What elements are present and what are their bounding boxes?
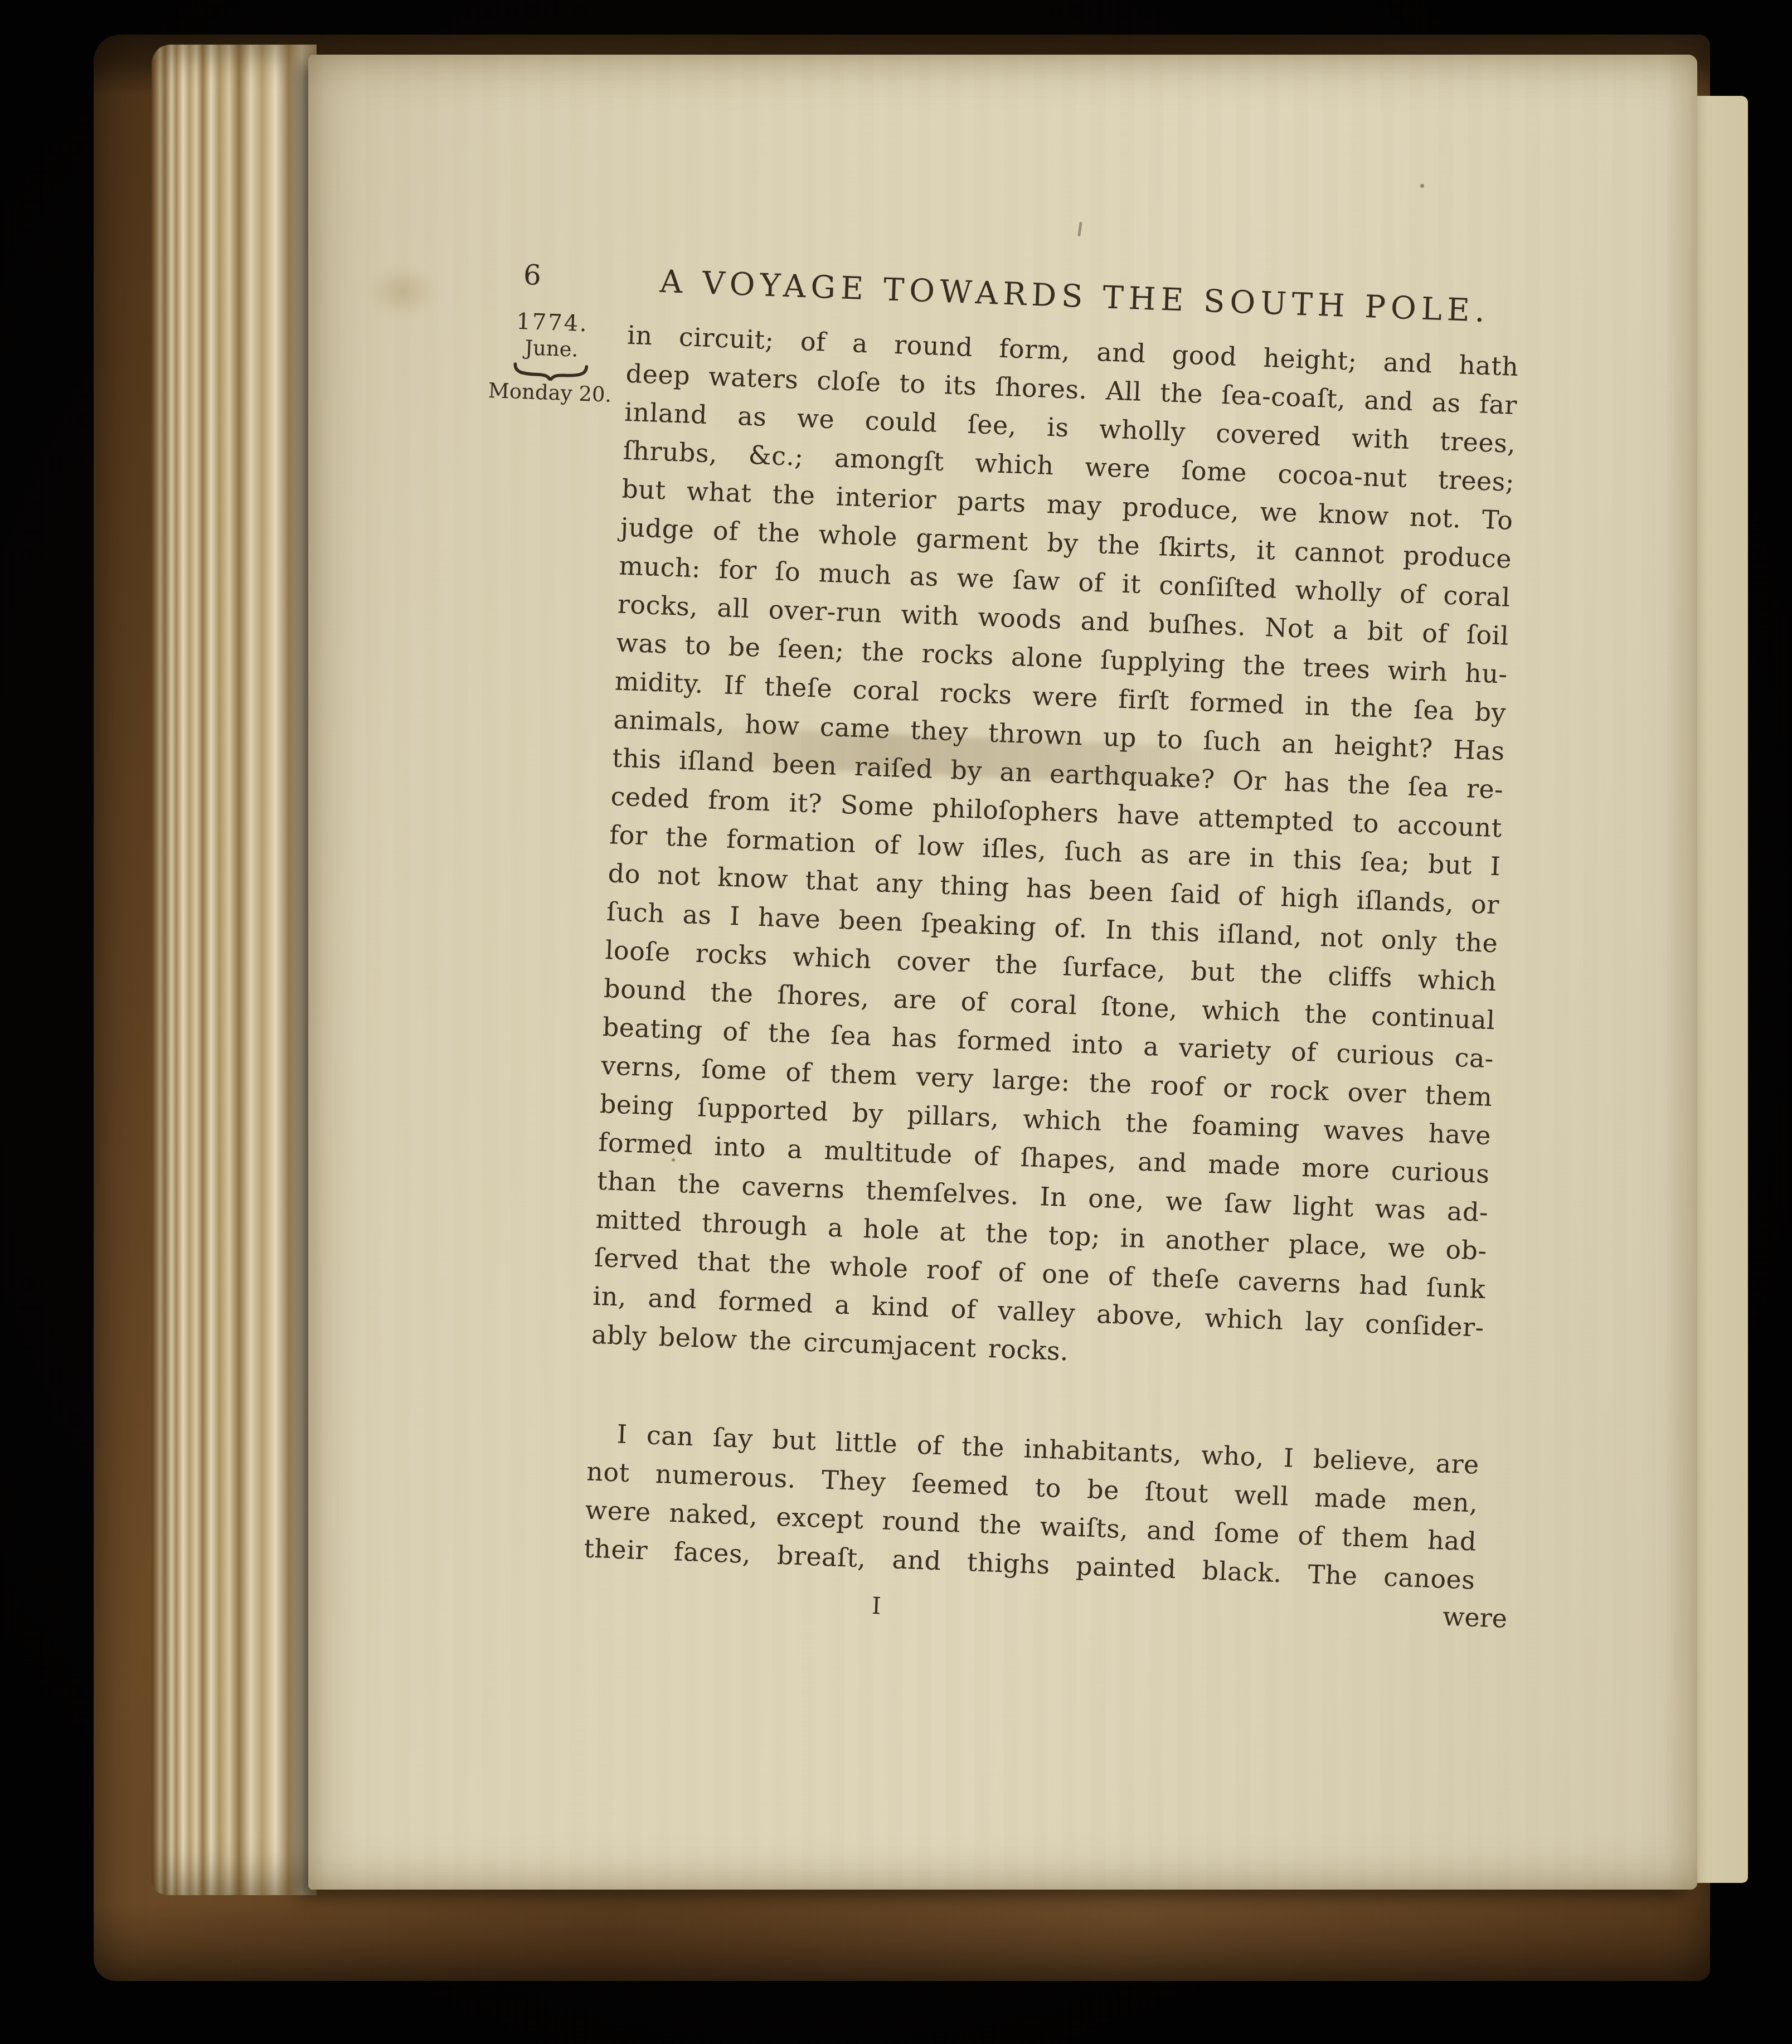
body-text: in circuit; of a round form, and good he… [583, 316, 1519, 1600]
book-page: 6 A VOYAGE TOWARDS THE SOUTH POLE. 1774.… [308, 55, 1697, 1890]
margin-month: June. [482, 334, 621, 363]
photo-black-background: 6 A VOYAGE TOWARDS THE SOUTH POLE. 1774.… [0, 0, 1792, 2044]
printed-text-layer: 6 A VOYAGE TOWARDS THE SOUTH POLE. 1774.… [308, 55, 1696, 1890]
margin-date-note: 1774. June. Monday 20. [480, 308, 623, 407]
page-number: 6 [523, 259, 542, 292]
margin-year: 1774. [482, 308, 622, 338]
paragraph: I can ſay but little of the inhabitants,… [583, 1414, 1480, 1600]
paragraph: in circuit; of a round form, and good he… [591, 316, 1519, 1386]
margin-day: Monday 20. [480, 378, 620, 407]
page-edges-stack [152, 45, 317, 1895]
